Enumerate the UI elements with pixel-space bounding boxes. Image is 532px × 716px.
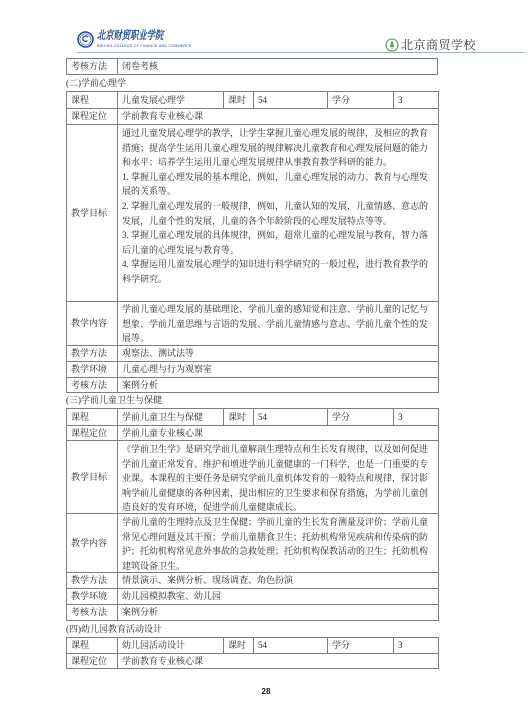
positioning-label: 课程定位 bbox=[67, 654, 118, 669]
right-logo: 北京商贸学校 bbox=[385, 38, 476, 52]
goal-value: 《学前卫生学》是研究学前儿童解剖生理特点和生长发育规律，以及如何促进学前儿童正常… bbox=[118, 441, 439, 514]
table-row: 教学内容 学前儿童的生理特点及卫生保健；学前儿童的生长发育测量及评价；学前儿童常… bbox=[67, 514, 439, 573]
course-table-preschool-psychology: 课程 儿童发展心理学 课时 54 学分 3 课程定位 学前教育专业核心课 教学目… bbox=[66, 91, 439, 393]
document-body: 考核方法 闭卷考核 (二)学前心理学 课程 儿童发展心理学 课时 54 学分 3… bbox=[66, 58, 438, 669]
goal-value: 通过儿童发展心理学的教学，让学生掌握儿童心理发展的规律，及相应的教育措施；提高学… bbox=[118, 125, 439, 302]
content-value: 学前儿童心理发展的基础理论、学前儿童的感知觉和注意、学前儿童的记忆与想象、学前儿… bbox=[118, 302, 439, 346]
environment-label: 教学环境 bbox=[67, 362, 118, 378]
course-table-kindergarten-activity-design: 课程 幼儿园活动设计 课时 54 学分 3 课程定位 学前教育专业核心课 bbox=[66, 637, 439, 669]
positioning-value: 学前教育专业核心课 bbox=[118, 109, 439, 125]
assessment-method-table: 考核方法 闭卷考核 bbox=[66, 58, 438, 75]
course-label: 课程 bbox=[67, 409, 118, 426]
method-label: 教学方法 bbox=[67, 573, 118, 589]
credit-value: 3 bbox=[394, 638, 439, 654]
section-title-preschool-psychology: (二)学前心理学 bbox=[66, 75, 438, 91]
hours-label: 课时 bbox=[224, 409, 254, 426]
table-row: 考核方法 案例分析 bbox=[67, 378, 439, 393]
positioning-label: 课程定位 bbox=[67, 109, 118, 125]
table-row: 教学环境 幼儿园模拟教室、幼儿园 bbox=[67, 589, 439, 605]
header-divider bbox=[77, 52, 525, 53]
environment-value: 儿童心理与行为观察室 bbox=[118, 362, 439, 378]
table-row: 课程 儿童发展心理学 课时 54 学分 3 bbox=[67, 92, 439, 109]
hours-label: 课时 bbox=[224, 638, 254, 654]
hours-label: 课时 bbox=[224, 92, 254, 109]
content-text: 学前儿童的生理特点及卫生保健；学前儿童的生长发育测量及评价；学前儿童常见心理问题… bbox=[122, 515, 436, 571]
course-label: 课程 bbox=[67, 92, 118, 109]
positioning-value: 学前儿童专业核心课 bbox=[118, 426, 439, 441]
college-name-cn: 北京财贸职业学院 bbox=[97, 30, 245, 43]
goal-text: 《学前卫生学》是研究学前儿童解剖生理特点和生长发育规律，以及如何促进学前儿童正常… bbox=[122, 442, 436, 512]
document-page: 北京财贸职业学院 BEIJING COLLEGE OF FINANCE AND … bbox=[0, 0, 532, 716]
content-label: 教学内容 bbox=[67, 302, 118, 346]
hours-value: 54 bbox=[254, 92, 328, 109]
page-header: 北京财贸职业学院 BEIJING COLLEGE OF FINANCE AND … bbox=[0, 0, 532, 57]
course-name: 学前儿童卫生与保健 bbox=[118, 409, 224, 426]
assessment-value: 案例分析 bbox=[118, 378, 439, 393]
course-table-child-health: 课程 学前儿童卫生与保健 课时 54 学分 3 课程定位 学前儿童专业核心课 教… bbox=[66, 408, 439, 621]
table-row: 课程定位 学前儿童专业核心课 bbox=[67, 426, 439, 441]
table-row: 教学目标 《学前卫生学》是研究学前儿童解剖生理特点和生长发育规律，以及如何促进学… bbox=[67, 441, 439, 514]
method-label: 教学方法 bbox=[67, 346, 118, 362]
environment-value: 幼儿园模拟教室、幼儿园 bbox=[118, 589, 439, 605]
credit-label: 学分 bbox=[328, 638, 394, 654]
content-label: 教学内容 bbox=[67, 514, 118, 573]
table-row: 课程 幼儿园活动设计 课时 54 学分 3 bbox=[67, 638, 439, 654]
table-row: 教学环境 儿童心理与行为观察室 bbox=[67, 362, 439, 378]
college-name-en: BEIJING COLLEGE OF FINANCE AND COMMERCE bbox=[97, 44, 192, 48]
assessment-label: 考核方法 bbox=[67, 605, 118, 621]
table-row: 教学内容 学前儿童心理发展的基础理论、学前儿童的感知觉和注意、学前儿童的记忆与想… bbox=[67, 302, 439, 346]
table-row: 课程定位 学前教育专业核心课 bbox=[67, 109, 439, 125]
goal-label: 教学目标 bbox=[67, 441, 118, 514]
credit-value: 3 bbox=[394, 92, 439, 109]
table-row: 教学方法 情景演示、案例分析、现场调查、角色扮演 bbox=[67, 573, 439, 589]
goal-text: 通过儿童发展心理学的教学，让学生掌握儿童心理发展的规律，及相应的教育措施；提高学… bbox=[122, 126, 436, 300]
table-row: 考核方法 案例分析 bbox=[67, 605, 439, 621]
hours-value: 54 bbox=[254, 638, 328, 654]
hours-value: 54 bbox=[254, 409, 328, 426]
table-row: 教学方法 观察法、测试法等 bbox=[67, 346, 439, 362]
content-value: 学前儿童的生理特点及卫生保健；学前儿童的生长发育测量及评价；学前儿童常见心理问题… bbox=[118, 514, 439, 573]
course-label: 课程 bbox=[67, 638, 118, 654]
positioning-label: 课程定位 bbox=[67, 426, 118, 441]
course-name: 幼儿园活动设计 bbox=[118, 638, 224, 654]
table-row: 教学目标 通过儿童发展心理学的教学，让学生掌握儿童心理发展的规律，及相应的教育措… bbox=[67, 125, 439, 302]
goal-label: 教学目标 bbox=[67, 125, 118, 302]
college-emblem-icon bbox=[77, 31, 94, 48]
left-logo: 北京财贸职业学院 BEIJING COLLEGE OF FINANCE AND … bbox=[77, 30, 303, 52]
school-emblem-icon bbox=[385, 38, 399, 52]
credit-value: 3 bbox=[394, 409, 439, 426]
section-title-kindergarten-activity-design: (四)幼儿园教育活动设计 bbox=[66, 621, 438, 637]
assessment-value: 案例分析 bbox=[118, 605, 439, 621]
credit-label: 学分 bbox=[328, 92, 394, 109]
assessment-label: 考核方法 bbox=[67, 378, 118, 393]
section-title-child-health: (三)学前儿童卫生与保健 bbox=[66, 393, 438, 408]
table-row: 课程 学前儿童卫生与保健 课时 54 学分 3 bbox=[67, 409, 439, 426]
credit-label: 学分 bbox=[328, 409, 394, 426]
row-label-assessment: 考核方法 bbox=[67, 59, 118, 75]
page-number: 28 bbox=[0, 687, 532, 696]
environment-label: 教学环境 bbox=[67, 589, 118, 605]
table-row: 课程定位 学前教育专业核心课 bbox=[67, 654, 439, 669]
method-value: 观察法、测试法等 bbox=[118, 346, 439, 362]
school-name-cn: 北京商贸学校 bbox=[401, 38, 476, 52]
method-value: 情景演示、案例分析、现场调查、角色扮演 bbox=[118, 573, 439, 589]
content-text: 学前儿童心理发展的基础理论、学前儿童的感知觉和注意、学前儿童的记忆与想象、学前儿… bbox=[122, 302, 436, 345]
positioning-value: 学前教育专业核心课 bbox=[118, 654, 439, 669]
course-name: 儿童发展心理学 bbox=[118, 92, 224, 109]
row-value-assessment: 闭卷考核 bbox=[118, 59, 438, 75]
